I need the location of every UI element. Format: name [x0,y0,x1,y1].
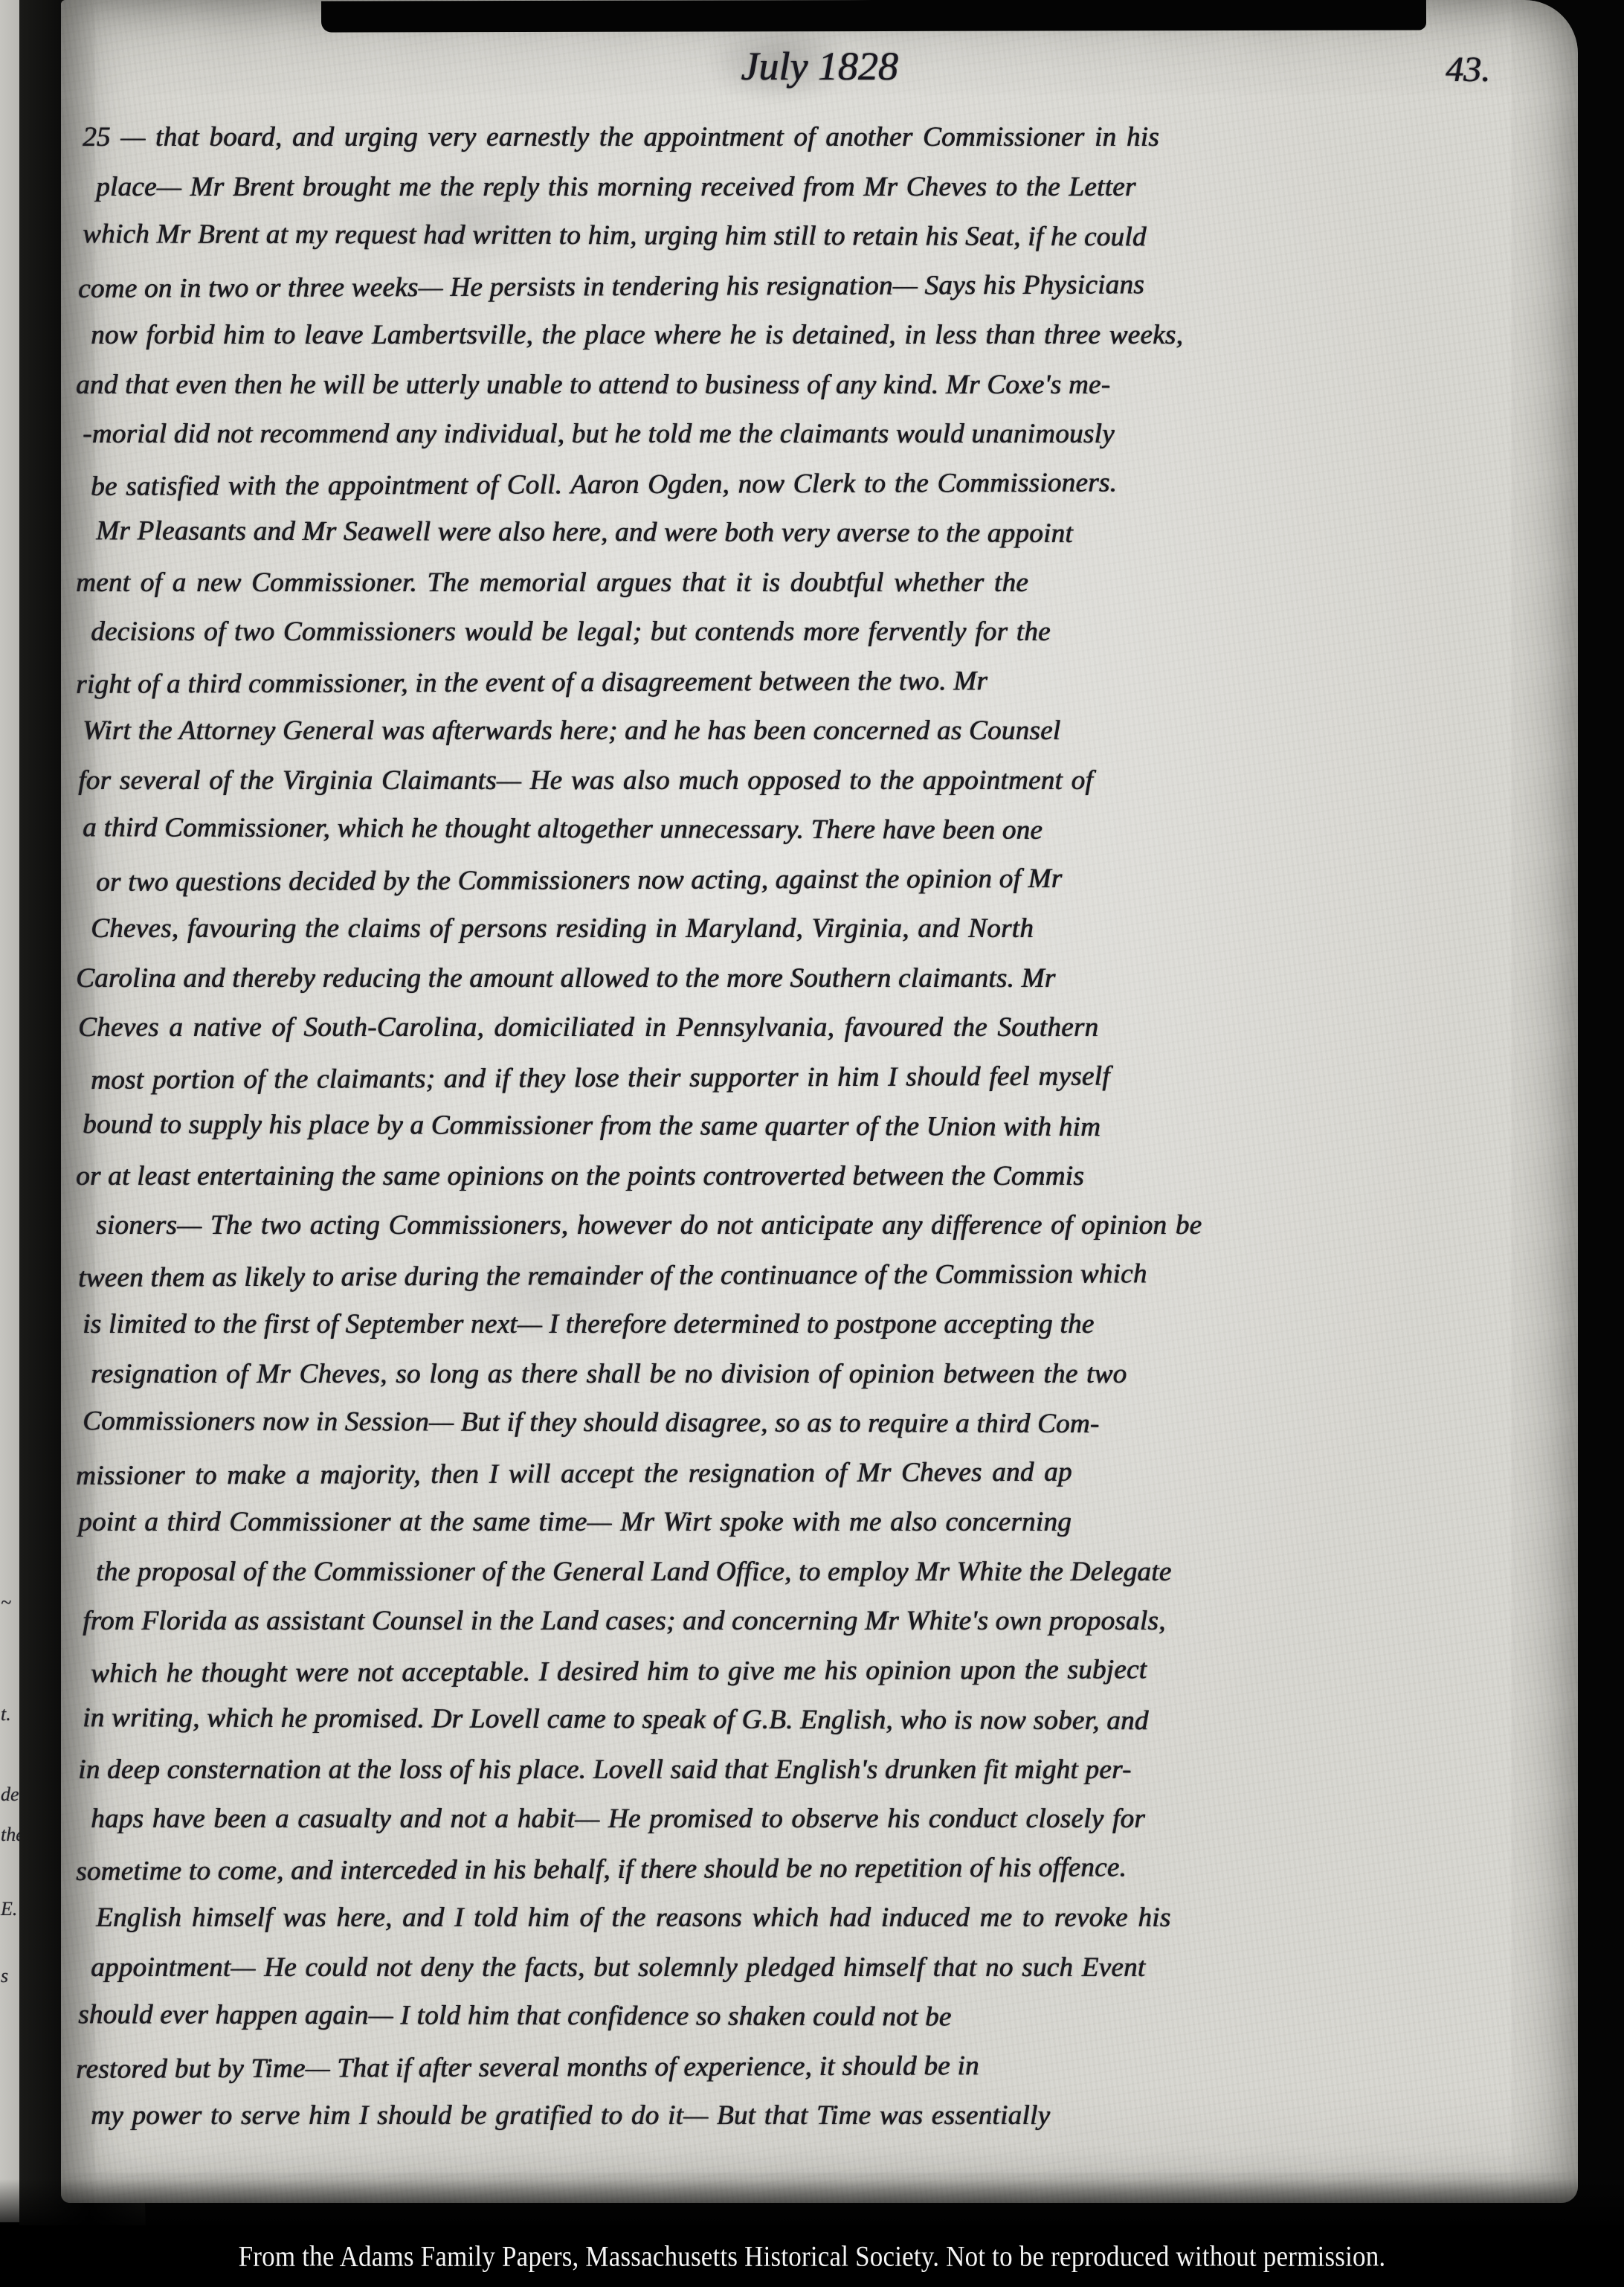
page-date-heading: July 1828 [61,43,1578,89]
manuscript-page: July 1828 43. 25 — that board, and urgin… [61,0,1578,2203]
manuscript-line: be satisfied with the appointment of Col… [91,457,1569,512]
manuscript-line: Carolina and thereby reducing the amount… [76,954,1569,1004]
manuscript-line: Wirt the Attorney General was afterwards… [83,707,1569,756]
margin-ink-fragment: s [1,1965,8,1987]
manuscript-line: ment of a new Commissioner. The memorial… [76,559,1569,608]
manuscript-line: point a third Commissioner at the same t… [78,1498,1569,1548]
manuscript-line: should ever happen again— I told him tha… [78,1990,1569,2044]
manuscript-line: Commissioners now in Session— But if the… [83,1397,1569,1450]
credit-text: From the Adams Family Papers, Massachuse… [239,2239,1386,2273]
manuscript-line: for several of the Virginia Claimants— H… [78,756,1569,806]
manuscript-line: appointment— He could not deny the facts… [91,1943,1569,1993]
manuscript-line: right of a third commissioner, in the ev… [76,654,1569,710]
manuscript-line: 25 — that board, and urging very earnest… [83,113,1569,163]
manuscript-line: restored but by Time— That if after seve… [76,2039,1569,2094]
manuscript-line: place— Mr Brent brought me the reply thi… [96,163,1569,213]
manuscript-line: -morial did not recommend any individual… [83,410,1569,460]
manuscript-line: sioners— The two acting Commissioners, h… [96,1201,1569,1251]
manuscript-line: or at least entertaining the same opinio… [76,1152,1569,1202]
margin-ink-fragment: E. [1,1898,17,1920]
manuscript-line: a third Commissioner, which he thought a… [83,803,1569,857]
manuscript-line: Cheves a native of South-Carolina, domic… [78,1003,1569,1053]
scan-artifact-top-bar [321,0,1426,33]
margin-ink-fragment: t. [1,1703,11,1725]
manuscript-line: or two questions decided by the Commissi… [96,852,1569,907]
manuscript-line: which he thought were not acceptable. I … [91,1644,1569,1699]
manuscript-line: most portion of the claimants; and if th… [91,1050,1569,1105]
scanned-manuscript-page: ~ t. de the E. s July 1828 43. 25 — that… [0,0,1624,2287]
manuscript-line: haps have been a casualty and not a habi… [91,1795,1569,1844]
manuscript-line: which Mr Brent at my request had written… [83,210,1569,263]
manuscript-line: decisions of two Commissioners would be … [91,608,1569,657]
manuscript-line: from Florida as assistant Counsel in the… [83,1597,1569,1647]
manuscript-line: tween them as likely to arise during the… [78,1248,1569,1303]
manuscript-line: resignation of Mr Cheves, so long as the… [91,1350,1569,1400]
manuscript-line: bound to supply his place by a Commissio… [83,1100,1569,1154]
manuscript-line: Cheves, favouring the claims of persons … [91,904,1569,954]
manuscript-line: come on in two or three weeks— He persis… [78,259,1569,314]
manuscript-line: and that even then he will be utterly un… [76,361,1569,411]
manuscript-line: is limited to the first of September nex… [83,1300,1569,1350]
manuscript-line: now forbid him to leave Lambertsville, t… [91,311,1569,361]
margin-ink-fragment: de [1,1783,19,1806]
manuscript-line: my power to serve him I should be gratif… [91,2091,1569,2141]
manuscript-line: English himself was here, and I told him… [96,1894,1569,1943]
manuscript-line: sometime to come, and interceded in his … [76,1841,1569,1897]
manuscript-line: Mr Pleasants and Mr Seawell were also he… [96,506,1569,560]
manuscript-text: 25 — that board, and urging very earnest… [76,113,1569,2141]
manuscript-line: in writing, which he promised. Dr Lovell… [83,1693,1569,1747]
page-number: 43. [1446,49,1490,90]
margin-ink-fragment: ~ [1,1592,11,1614]
credit-footer: From the Adams Family Papers, Massachuse… [0,2225,1624,2287]
manuscript-line: the proposal of the Commissioner of the … [96,1548,1569,1598]
manuscript-line: in deep consternation at the loss of his… [78,1746,1569,1795]
manuscript-line: missioner to make a majority, then I wil… [76,1446,1569,1501]
